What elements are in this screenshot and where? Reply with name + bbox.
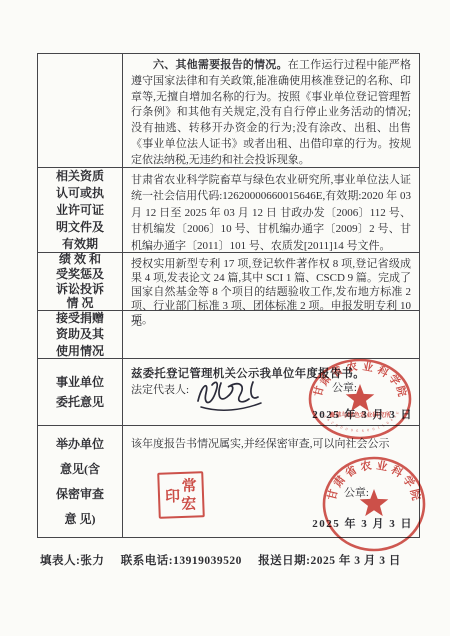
row-qualifications: 相关资质 认可或执 业许可证 明文件及 有效期 甘肃省农业科学院畜草与绿色农业研… (38, 167, 419, 252)
sponsor-seal-label: 公章: (344, 484, 369, 500)
row-donations: 接受捐赠 资助及其 使用情况 无 (38, 310, 419, 358)
submit-date-label: 报送日期: (258, 555, 310, 567)
entrust-date: 2025 年 3 月 3 日 (312, 406, 413, 422)
performance-content: 授权实用新型专利 17 项,登记软件著作权 8 项,登记省级成果 4 项,发表论… (123, 253, 419, 310)
personal-stamp-char: 宏 (181, 492, 197, 514)
sponsor-date: 2025 年 3 月 3 日 (312, 515, 413, 531)
submit-date-value: 2025 年 3 月 3 日 (311, 555, 401, 567)
qualifications-text: 甘肃省农业科学院畜草与绿色农业研究所,事业单位法人证统一社会信用代码:12620… (131, 172, 411, 254)
sponsor-opinion-text: 该年度报告书情况属实,并经保密审查,可以向社会公示 (131, 432, 411, 457)
other-matters-heading: 六、其他需要报告的情况。 (153, 59, 288, 71)
filler-segment: 填表人:张力 (40, 555, 104, 567)
phone-segment: 联系电话:13919039520 (121, 555, 242, 567)
entrust-opinion-content: 兹委托登记管理机关公示我单位年度报告书。 法定代表人: 公章: 2025 年 3… (123, 359, 419, 425)
row-sponsor-opinion: 举办单位 意见(含 保密审查 意 见) 该年度报告书情况属实,并经保密审查,可以… (38, 425, 419, 537)
filler-name: 张力 (80, 555, 104, 567)
row-entrust-opinion: 事业单位 委托意见 兹委托登记管理机关公示我单位年度报告书。 法定代表人: 公章… (38, 358, 419, 425)
entrust-seal-label: 公章: (332, 379, 357, 395)
row-performance: 绩 效 和 受奖惩及 诉讼投诉 情 况 授权实用新型专利 17 项,登记软件著作… (38, 252, 419, 310)
donations-label: 接受捐赠 资助及其 使用情况 (38, 311, 123, 358)
row-other-matters-label (38, 54, 123, 167)
qualifications-content: 甘肃省农业科学院畜草与绿色农业研究所,事业单位法人证统一社会信用代码:12620… (123, 168, 419, 252)
legal-representative-row: 法定代表人: (131, 381, 269, 416)
performance-label: 绩 效 和 受奖惩及 诉讼投诉 情 况 (38, 253, 123, 310)
sponsor-opinion-content: 该年度报告书情况属实,并经保密审查,可以向社会公示 常 宏 印 公章: 2025… (123, 426, 419, 537)
donations-text: 无 (131, 315, 411, 330)
entrust-opinion-label: 事业单位 委托意见 (38, 359, 123, 425)
sponsor-opinion-label: 举办单位 意见(含 保密审查 意 见) (38, 426, 123, 537)
report-table: 六、其他需要报告的情况。在工作运行过程中能严格遵守国家法律和有关政策,能准确使用… (37, 53, 420, 538)
personal-name-stamp: 常 宏 印 (157, 471, 205, 519)
entrust-statement: 兹委托登记管理机关公示我单位年度报告书。 (131, 365, 411, 381)
phone-label: 联系电话: (121, 555, 173, 567)
filler-label: 填表人: (40, 555, 80, 567)
other-matters-text: 在工作运行过程中能严格遵守国家法律和有关政策,能准确使用核准登记的名称、印章等,… (131, 59, 411, 166)
annual-report-page: 六、其他需要报告的情况。在工作运行过程中能严格遵守国家法律和有关政策,能准确使用… (0, 0, 450, 636)
phone-number: 13919039520 (173, 555, 242, 567)
personal-stamp-char: 印 (165, 485, 181, 507)
submit-date-segment: 报送日期:2025 年 3 月 3 日 (258, 555, 401, 567)
other-matters-paragraph: 六、其他需要报告的情况。在工作运行过程中能严格遵守国家法律和有关政策,能准确使用… (131, 58, 411, 169)
footer-line: 填表人:张力 联系电话:13919039520 报送日期:2025 年 3 月 … (40, 552, 414, 568)
legal-representative-signature (191, 374, 269, 416)
qualifications-label: 相关资质 认可或执 业许可证 明文件及 有效期 (38, 168, 123, 252)
row-other-matters: 六、其他需要报告的情况。在工作运行过程中能严格遵守国家法律和有关政策,能准确使用… (38, 54, 419, 167)
legal-representative-label: 法定代表人: (131, 381, 189, 397)
row-other-matters-content: 六、其他需要报告的情况。在工作运行过程中能严格遵守国家法律和有关政策,能准确使用… (123, 54, 419, 167)
donations-content: 无 (123, 311, 419, 358)
